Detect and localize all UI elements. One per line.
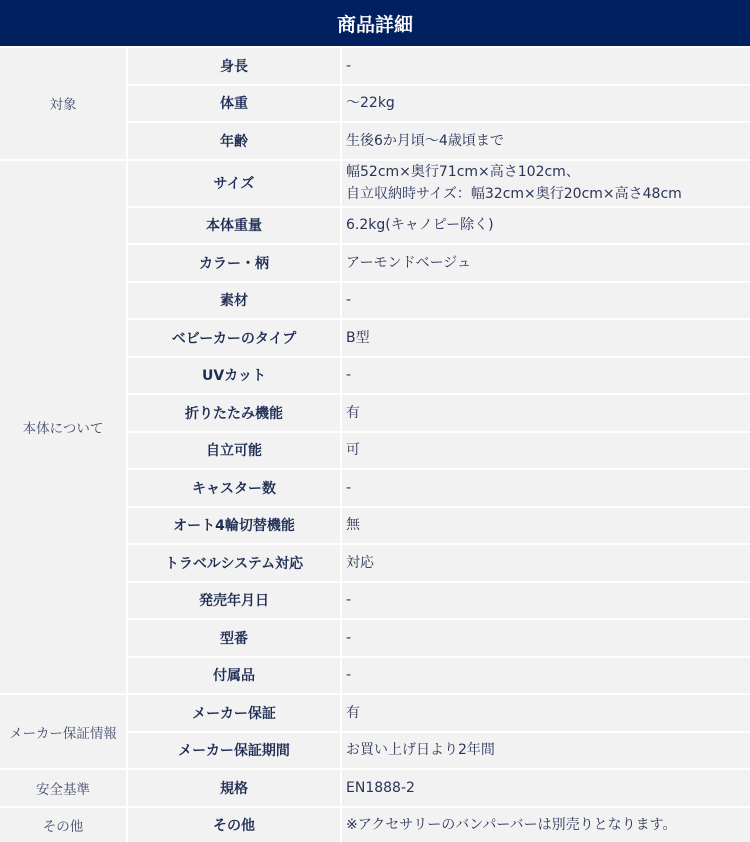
spec-value: 有 <box>342 395 750 431</box>
spec-label: オート4輪切替機能 <box>128 508 340 544</box>
spec-value-line: 有 <box>346 402 360 424</box>
category-cell: 対象 <box>0 48 126 159</box>
spec-label: 型番 <box>128 620 340 656</box>
spec-value: - <box>342 48 750 84</box>
spec-value: - <box>342 658 750 694</box>
spec-value-line: 可 <box>346 439 360 461</box>
category-cell: その他 <box>0 808 126 842</box>
product-details-header: 商品詳細 <box>0 0 750 46</box>
spec-value-line: ※アクセサリーのバンパーバーは別売りとなります。 <box>346 814 677 836</box>
spec-value-line: 幅52cm×奥行71cm×高さ102cm、 <box>346 161 580 183</box>
spec-value-line: 生後6か月頃～4歳頃まで <box>346 130 504 152</box>
category-cell: 本体について <box>0 161 126 694</box>
category-cell: 安全基準 <box>0 770 126 806</box>
spec-table: 対象身長-体重～22kg年齢生後6か月頃～4歳頃まで本体についてサイズ幅52cm… <box>0 48 750 842</box>
category-cell: メーカー保証情報 <box>0 695 126 768</box>
spec-value-line: 無 <box>346 514 360 536</box>
spec-label: メーカー保証期間 <box>128 733 340 769</box>
spec-label: 年齢 <box>128 123 340 159</box>
spec-value: お買い上げ日より2年間 <box>342 733 750 769</box>
spec-label: トラベルシステム対応 <box>128 545 340 581</box>
spec-value-line: ～22kg <box>346 92 395 114</box>
spec-value-line: お買い上げ日より2年間 <box>346 739 495 761</box>
spec-label: ベビーカーのタイプ <box>128 320 340 356</box>
spec-label: サイズ <box>128 161 340 206</box>
spec-value: - <box>342 583 750 619</box>
spec-value-line: 有 <box>346 702 360 724</box>
spec-label: 素材 <box>128 283 340 319</box>
spec-value: B型 <box>342 320 750 356</box>
page-title: 商品詳細 <box>337 10 413 37</box>
spec-value-line: - <box>346 55 351 77</box>
spec-value-line: 6.2kg(キャノピー除く) <box>346 214 494 236</box>
spec-label: キャスター数 <box>128 470 340 506</box>
spec-value-line: - <box>346 664 351 686</box>
spec-value: 6.2kg(キャノピー除く) <box>342 208 750 244</box>
spec-value-line: - <box>346 477 351 499</box>
spec-value: 可 <box>342 433 750 469</box>
spec-value: - <box>342 620 750 656</box>
spec-value: EN1888-2 <box>342 770 750 806</box>
spec-value: - <box>342 358 750 394</box>
spec-value-line: - <box>346 289 351 311</box>
spec-label: 折りたたみ機能 <box>128 395 340 431</box>
spec-label: 本体重量 <box>128 208 340 244</box>
spec-value-line: 自立収納時サイズ：幅32cm×奥行20cm×高さ48cm <box>346 183 682 205</box>
spec-value: アーモンドベージュ <box>342 245 750 281</box>
spec-label: 規格 <box>128 770 340 806</box>
spec-value-line: B型 <box>346 327 370 349</box>
spec-value-line: - <box>346 589 351 611</box>
spec-value: ※アクセサリーのバンパーバーは別売りとなります。 <box>342 808 750 842</box>
spec-value: - <box>342 283 750 319</box>
spec-value-line: アーモンドベージュ <box>346 252 471 274</box>
spec-value-line: EN1888-2 <box>346 777 415 799</box>
spec-value: 幅52cm×奥行71cm×高さ102cm、自立収納時サイズ：幅32cm×奥行20… <box>342 161 750 206</box>
spec-value: 生後6か月頃～4歳頃まで <box>342 123 750 159</box>
spec-label: 身長 <box>128 48 340 84</box>
spec-value-line: - <box>346 627 351 649</box>
spec-value: - <box>342 470 750 506</box>
spec-value: 無 <box>342 508 750 544</box>
spec-value: 対応 <box>342 545 750 581</box>
spec-label: 体重 <box>128 86 340 122</box>
spec-value-line: 対応 <box>346 552 374 574</box>
spec-label: 発売年月日 <box>128 583 340 619</box>
spec-label: その他 <box>128 808 340 842</box>
spec-label: カラー・柄 <box>128 245 340 281</box>
spec-value: ～22kg <box>342 86 750 122</box>
spec-label: 自立可能 <box>128 433 340 469</box>
spec-label: UVカット <box>128 358 340 394</box>
spec-label: メーカー保証 <box>128 695 340 731</box>
spec-label: 付属品 <box>128 658 340 694</box>
spec-value-line: - <box>346 364 351 386</box>
spec-value: 有 <box>342 695 750 731</box>
